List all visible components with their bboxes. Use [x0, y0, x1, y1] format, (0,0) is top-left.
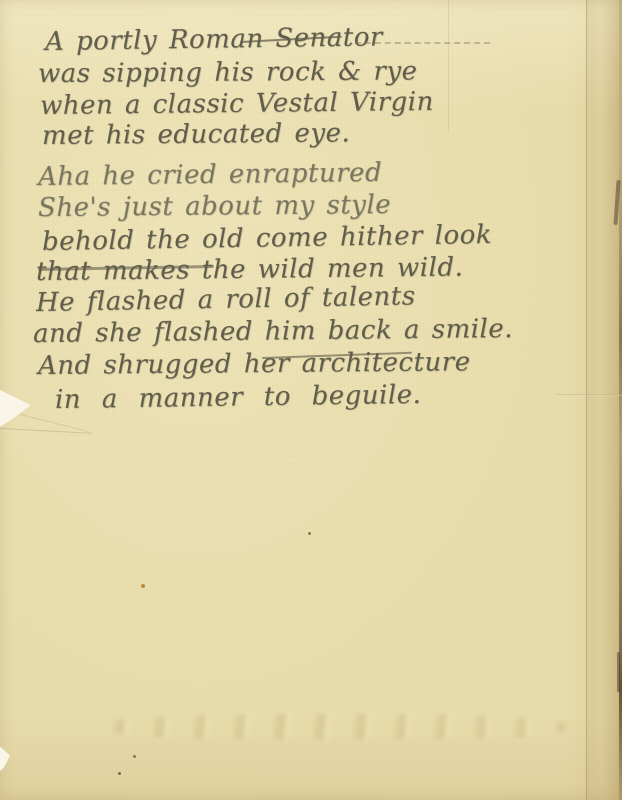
pencil-crease-dashes	[355, 42, 490, 44]
paper-crease	[555, 394, 622, 396]
paper-tear	[0, 742, 10, 776]
poem-line: was sipping his rock & rye	[38, 57, 418, 90]
poem-line: She's just about my style	[38, 191, 391, 224]
poem-line: met his educated eye.	[42, 119, 350, 152]
embossed-impression	[105, 714, 567, 740]
poem-line: when a classic Vestal Virgin	[40, 88, 434, 122]
poem-line: A portly Roman Senator	[45, 23, 383, 58]
paper-crease	[448, 0, 449, 130]
poem-line: He flashed a roll of talents	[36, 282, 416, 319]
pencil-scuff	[617, 652, 620, 692]
manuscript-page: A portly Roman Senator was sipping his r…	[0, 0, 622, 800]
paper-stain	[133, 755, 136, 758]
poem-line: and she flashed him back a smile.	[33, 315, 513, 350]
paper-stain	[141, 584, 145, 588]
paper-stain	[308, 532, 311, 535]
paper-stain	[118, 772, 121, 775]
poem-line: in a manner to beguile.	[55, 381, 422, 416]
poem-line: Aha he cried enraptured	[38, 159, 382, 193]
